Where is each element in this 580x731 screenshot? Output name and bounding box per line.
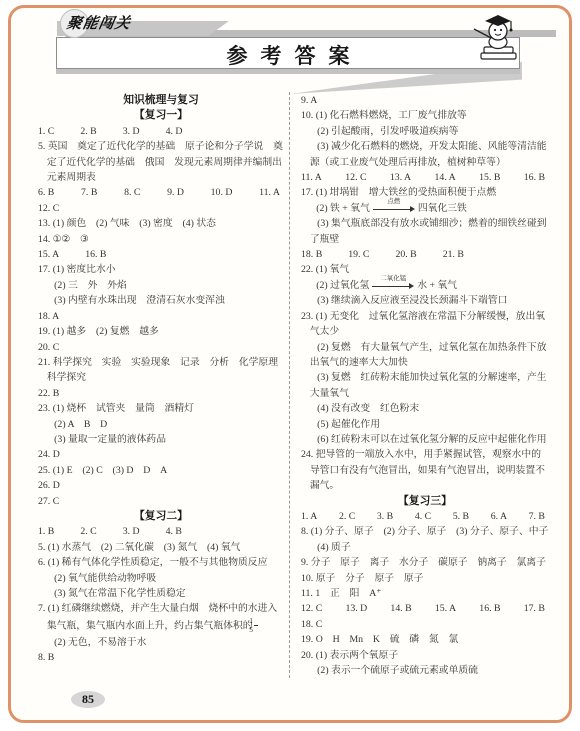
answer-line: (5) 起催化作用 <box>301 417 549 432</box>
answer-line: (2) 氧气能供给动物呼吸 <box>38 571 284 586</box>
answer-line: 25. (1) E (2) C (3) D D A <box>38 463 284 478</box>
answer-line: (2) 三 外 外焰 <box>38 278 284 293</box>
answer-item: 16. B <box>85 247 106 262</box>
scholar-mascot-icon <box>468 9 526 67</box>
answer-item: 13. D <box>345 601 367 616</box>
answer-line: 14. ①② ③ <box>38 232 284 247</box>
brand-logo: 聚能闯关 <box>65 12 133 33</box>
answer-line: (3) 内壁有水珠出现 澄清石灰水变浑浊 <box>38 293 284 308</box>
answer-line: 22. (1) 氧气 <box>301 262 549 277</box>
section-title: 知识梳理与复习 <box>38 93 284 108</box>
answer-line: 8. B <box>38 650 284 665</box>
left-column: 知识梳理与复习【复习一】1. C2. B3. D4. D5. 英国 奠定了近代化… <box>38 93 284 666</box>
page-number-badge: 85 <box>71 691 105 708</box>
answer-item: 21. B <box>443 247 464 262</box>
answer-item: 17. B <box>524 601 545 616</box>
answer-line: 5. (1) 水蒸气 (2) 二氧化碳 (3) 氮气 (4) 氧气 <box>38 540 284 555</box>
answer-item: 10. D <box>211 185 233 200</box>
answer-item: 14. B <box>390 601 411 616</box>
answer-choice-row: 12. C13. D14. B15. A16. B17. B <box>301 601 549 616</box>
answer-item: 2. C <box>80 524 96 539</box>
answer-item: 13. A <box>390 170 411 185</box>
answer-item: 4. C <box>415 509 431 524</box>
page-title: 参考答案 <box>57 40 519 70</box>
reaction-arrow-icon: 二氧化锰 <box>372 279 414 288</box>
answer-choice-row: 11. A12. C13. A14. A15. B16. B <box>301 170 549 185</box>
answer-line: 21. 科学探究 实验 实验现象 记录 分析 化学原理 科学探究 <box>38 355 284 386</box>
answer-line: 7. (1) 红磷继续燃烧，并产生大量白烟 烧杯中的水进入集气瓶，集气瓶内水面上… <box>38 601 284 635</box>
answer-line: 18. C <box>301 617 549 632</box>
answer-line: 12. C <box>38 201 284 216</box>
answer-item: 15. B <box>479 170 500 185</box>
answer-line: 23. (1) 烧杯 试管夹 量筒 酒精灯 <box>38 401 284 416</box>
answer-item: 11. A <box>259 185 280 200</box>
answer-item: 15. A <box>38 247 59 262</box>
answer-item: 3. D <box>123 124 140 139</box>
answer-item: 3. B <box>377 509 393 524</box>
answer-item: 6. B <box>38 185 54 200</box>
answer-choice-row: 1. C2. B3. D4. D <box>38 124 284 139</box>
answer-line: 20. (1) 表示两个氧原子 <box>301 648 549 663</box>
answer-item: 15. A <box>435 601 456 616</box>
answer-line: 19. O H Mn K 硫 磷 氮 氯 <box>301 632 549 647</box>
answer-item: 2. B <box>80 124 96 139</box>
answer-line: 24. 把导管的一端放入水中，用手紧握试管，观察水中的导管口有没有气泡冒出，如果… <box>301 447 549 493</box>
answer-choice-row: 18. B19. C20. B21. B <box>301 247 549 262</box>
reaction-condition-label: 点燃 <box>373 199 415 206</box>
chemical-equation-line: (2) 过氧化氢二氧化锰水 + 氧气 <box>316 278 549 293</box>
column-divider <box>289 92 290 678</box>
answer-line: (3) 减少化石燃料的燃烧，开发太阳能、风能等清洁能源（或工业废气处理后再排放，… <box>301 139 549 170</box>
answer-item: 7. B <box>529 509 545 524</box>
answer-line: 9. 分子 原子 离子 水分子 碳原子 钠离子 氯离子 <box>301 555 549 570</box>
answer-line: 17. (1) 坩埚钳 增大铁丝的受热面积便于点燃 <box>301 185 549 200</box>
answer-line: 23. (1) 无变化 过氧化氢溶液在常温下分解缓慢，放出氧气太少 <box>301 309 549 340</box>
answer-item: 14. A <box>435 170 456 185</box>
answer-item: 5. B <box>453 509 469 524</box>
answer-line: (2) 引起酸雨，引发呼吸道疾病等 <box>301 124 549 139</box>
answer-item: 1. A <box>301 509 317 524</box>
answer-line: 22. B <box>38 386 284 401</box>
answer-item: 1. C <box>38 124 54 139</box>
answer-line: 9. A <box>301 93 549 108</box>
answer-line: 11. 1 正 阳 A⁺ <box>301 586 549 601</box>
answer-choice-row: 6. B7. B8. C9. D10. D11. A <box>38 185 284 200</box>
answer-line: 26. D <box>38 478 284 493</box>
answer-line: 18. A <box>38 309 284 324</box>
answer-line: (3) 量取一定量的液体药品 <box>38 432 284 447</box>
answer-item: 7. B <box>81 185 97 200</box>
reaction-arrow-icon: 点燃 <box>373 202 415 211</box>
answer-line: (2) 表示一个硫原子或硫元素或单质硫 <box>301 663 549 678</box>
answer-item: 3. D <box>123 524 140 539</box>
answer-item: 12. C <box>301 601 322 616</box>
answer-line: 27. C <box>38 494 284 509</box>
fraction: 15 <box>254 617 258 635</box>
equation-products: 四氧化三铁 <box>418 203 467 214</box>
answer-line: 6. (1) 稀有气体化学性质稳定，一般不与其他物质反应 <box>38 555 284 570</box>
answer-item: 9. D <box>167 185 184 200</box>
answer-item: 20. B <box>395 247 416 262</box>
answer-line: (4) 没有改变 红色粉末 <box>301 401 549 416</box>
answer-line: (2) 复燃 有大量氧气产生，过氧化氢在加热条件下放出氧气的速率大大加快 <box>301 340 549 371</box>
answer-item: 8. C <box>124 185 140 200</box>
review-heading: 【复习一】 <box>38 108 284 123</box>
answer-item: 6. A <box>491 509 507 524</box>
chemical-equation-line: (2) 铁 + 氧气点燃四氧化三铁 <box>316 201 549 216</box>
answer-item: 2. C <box>339 509 355 524</box>
answer-line: (2) 无色，不易溶于水 <box>38 635 284 650</box>
answer-choice-row: 15. A16. B <box>38 247 284 262</box>
answer-line: (3) 氮气在常温下化学性质稳定 <box>38 586 284 601</box>
title-banner: 参考答案 <box>56 37 520 69</box>
answer-item: 18. B <box>301 247 322 262</box>
answer-choice-row: 1. A2. C3. B4. C5. B6. A7. B <box>301 509 549 524</box>
equation-products: 水 + 氧气 <box>417 280 457 291</box>
answer-line: (3) 复燃 红砖粉末能加快过氧化氢的分解速率，产生大量氧气 <box>301 370 549 401</box>
answer-item: 11. A <box>301 170 322 185</box>
right-column: 9. A10. (1) 化石燃料燃烧，工厂废气排放等(2) 引起酸雨，引发呼吸道… <box>301 93 549 678</box>
answer-line: 10. (1) 化石燃料燃烧，工厂废气排放等 <box>301 108 549 123</box>
answer-line: 5. 英国 奠定了近代化学的基础 原子论和分子学说 奠定了近代化学的基础 俄国 … <box>38 139 284 185</box>
answer-item: 19. C <box>348 247 369 262</box>
answer-line: 10. 原子 分子 原子 原子 <box>301 571 549 586</box>
answer-line: (2) A B D <box>38 417 284 432</box>
equation-reactants: (2) 铁 + 氧气 <box>316 203 370 214</box>
answer-line: 17. (1) 密度比水小 <box>38 262 284 277</box>
answer-line: (4) 质子 <box>301 540 549 555</box>
answer-item: 4. D <box>166 124 183 139</box>
answer-line: 8. (1) 分子、原子 (2) 分子、原子 (3) 分子、原子、中子 <box>301 524 549 539</box>
answer-line: 20. C <box>38 340 284 355</box>
answer-line: (3) 集气瓶底部没有放水或铺细沙；燃着的细铁丝碰到了瓶壁 <box>301 216 549 247</box>
answer-line: 19. (1) 越多 (2) 复燃 越多 <box>38 324 284 339</box>
answer-choice-row: 1. B2. C3. D4. B <box>38 524 284 539</box>
answer-item: 16. B <box>479 601 500 616</box>
answer-line: 13. (1) 颜色 (2) 气味 (3) 密度 (4) 状态 <box>38 216 284 231</box>
answer-line: (3) 继续滴入反应液至浸没长颈漏斗下端管口 <box>301 293 549 308</box>
answer-line: 24. D <box>38 447 284 462</box>
reaction-condition-label: 二氧化锰 <box>372 276 414 283</box>
answer-item: 4. B <box>166 524 182 539</box>
review-heading: 【复习三】 <box>301 494 549 509</box>
answer-line: (6) 红砖粉末可以在过氧化氢分解的反应中起催化作用 <box>301 432 549 447</box>
answer-item: 16. B <box>524 170 545 185</box>
answer-item: 12. C <box>345 170 366 185</box>
answer-item: 1. B <box>38 524 54 539</box>
equation-reactants: (2) 过氧化氢 <box>316 280 369 291</box>
review-heading: 【复习二】 <box>38 509 284 524</box>
